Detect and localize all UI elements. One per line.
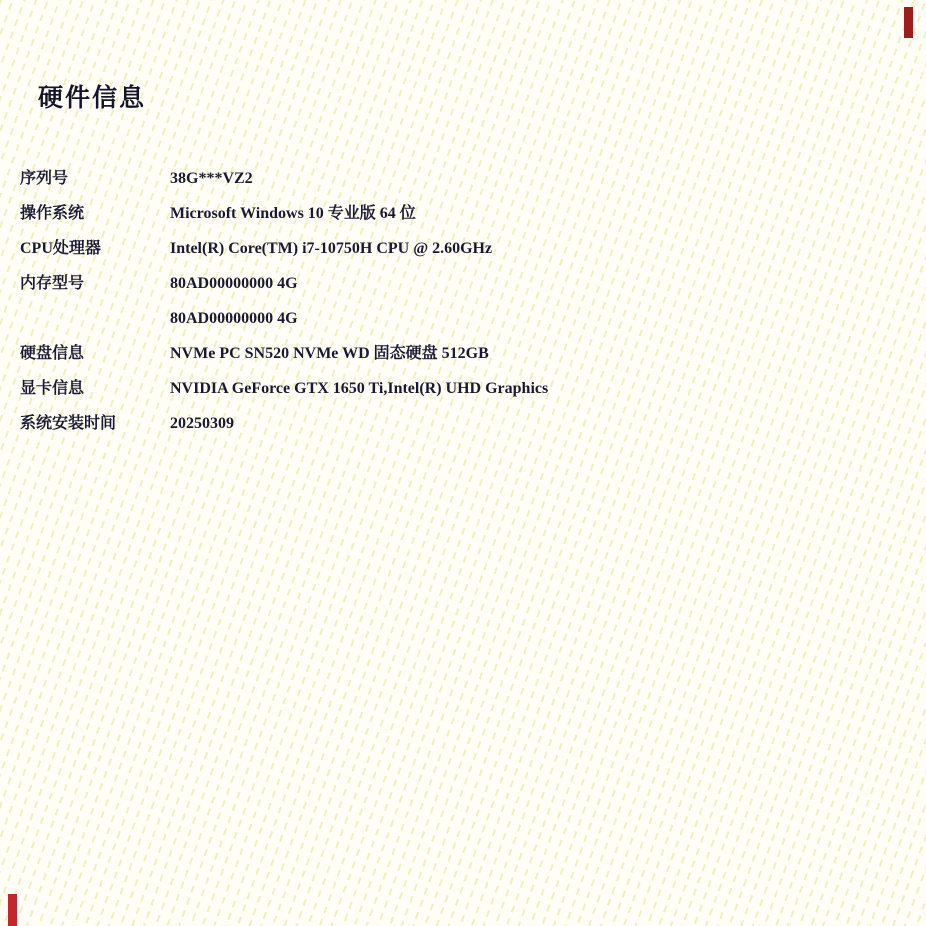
info-label: 硬盘信息 xyxy=(20,336,170,371)
info-label: 内存型号 xyxy=(20,266,170,301)
info-value: 80AD00000000 4G xyxy=(170,266,900,301)
info-values: Intel(R) Core(TM) i7-10750H CPU @ 2.60GH… xyxy=(170,231,900,266)
info-value: 38G***VZ2 xyxy=(170,161,900,196)
hardware-info-table: 序列号 38G***VZ2 操作系统 Microsoft Windows 10 … xyxy=(20,161,900,441)
info-value: 80AD00000000 4G xyxy=(170,301,900,336)
info-value: NVIDIA GeForce GTX 1650 Ti,Intel(R) UHD … xyxy=(170,371,900,406)
info-value: 20250309 xyxy=(170,406,900,441)
info-label: 显卡信息 xyxy=(20,371,170,406)
page-title: 硬件信息 xyxy=(38,78,146,114)
info-label: 操作系统 xyxy=(20,196,170,231)
info-value: Intel(R) Core(TM) i7-10750H CPU @ 2.60GH… xyxy=(170,231,900,266)
hardware-info-page: 硬件信息 序列号 38G***VZ2 操作系统 Microsoft Window… xyxy=(0,0,926,926)
info-value: Microsoft Windows 10 专业版 64 位 xyxy=(170,196,900,231)
info-row: 序列号 38G***VZ2 xyxy=(20,161,900,196)
info-row: 硬盘信息 NVMe PC SN520 NVMe WD 固态硬盘 512GB xyxy=(20,336,900,371)
info-value: NVMe PC SN520 NVMe WD 固态硬盘 512GB xyxy=(170,336,900,371)
info-label: 系统安装时间 xyxy=(20,406,170,441)
top-right-accent-bar xyxy=(904,7,913,38)
info-values: NVIDIA GeForce GTX 1650 Ti,Intel(R) UHD … xyxy=(170,371,900,406)
info-label: CPU处理器 xyxy=(20,231,170,266)
info-values: 80AD00000000 4G80AD00000000 4G xyxy=(170,266,900,336)
info-row: 操作系统 Microsoft Windows 10 专业版 64 位 xyxy=(20,196,900,231)
info-values: 38G***VZ2 xyxy=(170,161,900,196)
info-label: 序列号 xyxy=(20,161,170,196)
info-row: 内存型号 80AD00000000 4G80AD00000000 4G xyxy=(20,266,900,336)
info-row: CPU处理器 Intel(R) Core(TM) i7-10750H CPU @… xyxy=(20,231,900,266)
bottom-left-accent-bar xyxy=(8,894,17,926)
info-values: 20250309 xyxy=(170,406,900,441)
info-values: Microsoft Windows 10 专业版 64 位 xyxy=(170,196,900,231)
info-row: 系统安装时间 20250309 xyxy=(20,406,900,441)
info-row: 显卡信息 NVIDIA GeForce GTX 1650 Ti,Intel(R)… xyxy=(20,371,900,406)
info-values: NVMe PC SN520 NVMe WD 固态硬盘 512GB xyxy=(170,336,900,371)
